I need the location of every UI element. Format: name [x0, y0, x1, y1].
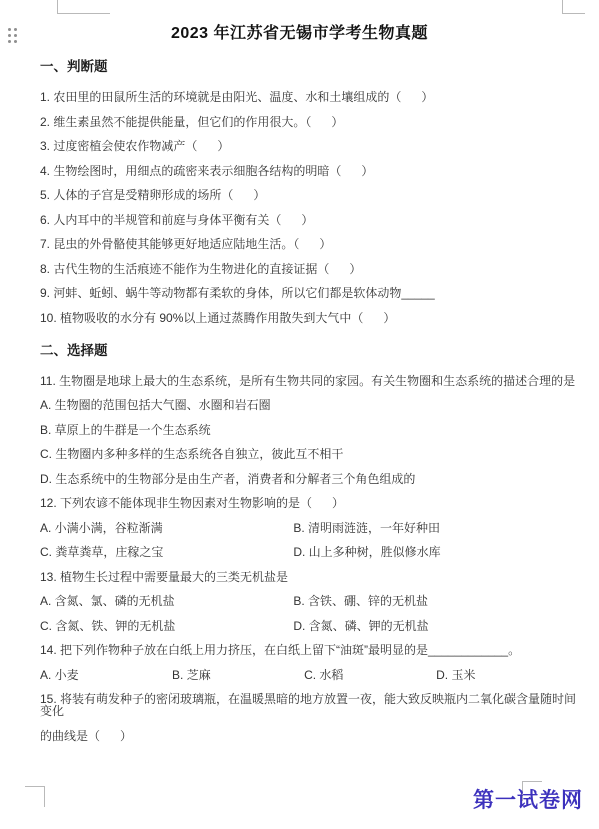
- drag-handle-icon[interactable]: [8, 28, 18, 44]
- question-11-option-b: B. 草原上的牛群是一个生态系统: [40, 424, 579, 436]
- question-12-options: A. 小满小满，谷粒渐满 B. 清明雨涟涟，一年好种田 C. 粪草粪草，庄稼之宝…: [40, 522, 579, 571]
- question-13-option-a: A. 含氮、氯、磷的无机盐: [40, 595, 293, 607]
- question-11-option-d: D. 生态系统中的生物部分是由生产者，消费者和分解者三个角色组成的: [40, 473, 579, 485]
- watermark-logo: 第一试卷网: [473, 784, 583, 814]
- question-2: 2. 维生素虽然不能提供能量，但它们的作用很大。（ ）: [40, 116, 579, 128]
- margin-mark-top-right: [562, 0, 585, 14]
- question-12-option-c: C. 粪草粪草，庄稼之宝: [40, 546, 293, 558]
- question-15-line-2: 的曲线是（ ）: [40, 730, 579, 742]
- question-15-line-1: 15. 将装有萌发种子的密闭玻璃瓶，在温暖黑暗的地方放置一夜，能大致反映瓶内二氧…: [40, 693, 579, 717]
- question-12-option-d: D. 山上多种树，胜似修水库: [293, 546, 579, 558]
- question-14-option-a: A. 小麦: [40, 669, 172, 681]
- question-14-options: A. 小麦 B. 芝麻 C. 水稻 D. 玉米: [40, 669, 579, 694]
- question-13-option-c: C. 含氮、铁、钾的无机盐: [40, 620, 293, 632]
- question-8: 8. 古代生物的生活痕迹不能作为生物进化的直接证据（ ）: [40, 263, 579, 275]
- question-4: 4. 生物绘图时，用细点的疏密来表示细胞各结构的明暗（ ）: [40, 165, 579, 177]
- question-14-stem: 14. 把下列作物种子放在白纸上用力挤压，在白纸上留下“油斑”最明显的是____…: [40, 644, 579, 656]
- question-6: 6. 人内耳中的半规管和前庭与身体平衡有关（ ）: [40, 214, 579, 226]
- question-7: 7. 昆虫的外骨骼使其能够更好地适应陆地生活。（ ）: [40, 238, 579, 250]
- document-title: 2023 年江苏省无锡市学考生物真题: [0, 20, 599, 43]
- question-13-stem: 13. 植物生长过程中需要量最大的三类无机盐是: [40, 571, 579, 583]
- question-12-option-b: B. 清明雨涟涟，一年好种田: [293, 522, 579, 534]
- margin-mark-bottom-left: [25, 786, 45, 807]
- section-2-heading: 二、选择题: [40, 339, 579, 359]
- question-11-option-a: A. 生物圈的范围包括大气圈、水圈和岩石圈: [40, 399, 579, 411]
- question-12-stem: 12. 下列农谚不能体现非生物因素对生物影响的是（ ）: [40, 497, 579, 509]
- margin-mark-top-left: [57, 0, 110, 14]
- section-1-heading: 一、判断题: [40, 55, 579, 75]
- document-body: 一、判断题 1. 农田里的田鼠所生活的环境就是由阳光、温度、水和土壤组成的（ ）…: [0, 55, 599, 742]
- question-11-stem: 11. 生物圈是地球上最大的生态系统，是所有生物共同的家园。有关生物圈和生态系统…: [40, 375, 579, 387]
- question-3: 3. 过度密植会使农作物减产（ ）: [40, 140, 579, 152]
- question-1: 1. 农田里的田鼠所生活的环境就是由阳光、温度、水和土壤组成的（ ）: [40, 91, 579, 103]
- question-9: 9. 河蚌、蚯蚓、蜗牛等动物都有柔软的身体，所以它们都是软体动物_____: [40, 287, 579, 299]
- question-14-option-d: D. 玉米: [436, 669, 579, 681]
- question-10: 10. 植物吸收的水分有 90%以上通过蒸腾作用散失到大气中（ ）: [40, 312, 579, 324]
- question-5: 5. 人体的子宫是受精卵形成的场所（ ）: [40, 189, 579, 201]
- question-11-option-c: C. 生物圈内多种多样的生态系统各自独立，彼此互不相干: [40, 448, 579, 460]
- question-13-option-d: D. 含氮、磷、钾的无机盐: [293, 620, 579, 632]
- question-12-option-a: A. 小满小满，谷粒渐满: [40, 522, 293, 534]
- question-14-option-b: B. 芝麻: [172, 669, 304, 681]
- question-13-options: A. 含氮、氯、磷的无机盐 B. 含铁、硼、锌的无机盐 C. 含氮、铁、钾的无机…: [40, 595, 579, 644]
- question-13-option-b: B. 含铁、硼、锌的无机盐: [293, 595, 579, 607]
- document-page: 2023 年江苏省无锡市学考生物真题 一、判断题 1. 农田里的田鼠所生活的环境…: [0, 0, 599, 829]
- question-14-option-c: C. 水稻: [304, 669, 436, 681]
